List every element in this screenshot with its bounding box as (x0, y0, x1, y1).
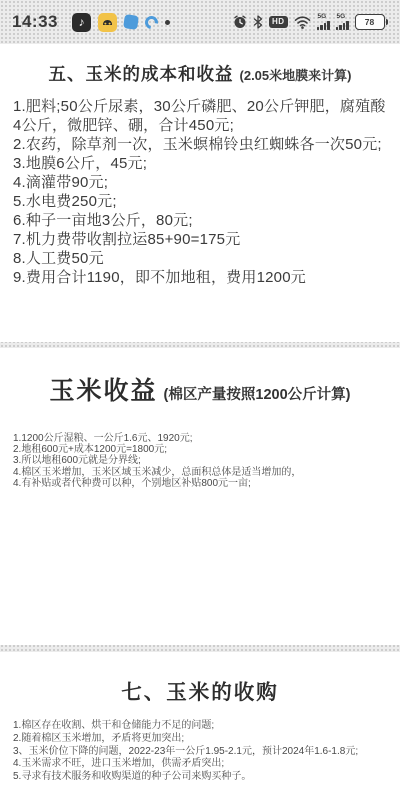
slide-card-cost-and-revenue[interactable]: 五、玉米的成本和收益 (2.05米地膜来计算) 1.肥料;50公斤尿素，30公斤… (0, 44, 400, 342)
list-item: 3.所以地租600元就是分界线; (13, 455, 387, 466)
card1-subtitle: (2.05米地膜来计算) (240, 65, 352, 84)
card3-item-list: 1.棉区存在收割、烘干和仓储能力不足的问题; 2.随着棉区玉米增加，矛盾将更加突… (0, 720, 400, 784)
alarm-clock-icon (233, 15, 247, 29)
blue-app-icon (123, 14, 139, 30)
system-status-icons: HD 5G 5G 78 (233, 14, 388, 31)
slide-card-corn-purchase[interactable]: 七、玉米的收购 1.棉区存在收割、烘干和仓储能力不足的问题; 2.随着棉区玉米增… (0, 652, 400, 804)
battery-percent: 78 (365, 17, 374, 27)
card2-title: 玉米收益 (50, 371, 158, 407)
list-item: 7.机力费带收割拉运85+90=175元 (13, 230, 387, 249)
car-app-icon (98, 13, 117, 32)
card2-item-list: 1.1200公斤湿粮、一公斤1.6元、1920元; 2.地租600元+成本120… (0, 433, 400, 489)
bluetooth-icon (253, 15, 263, 29)
list-item: 1.肥料;50公斤尿素，30公斤磷肥、20公斤钾肥，腐殖酸4公斤，微肥锌、硼，合… (13, 97, 387, 135)
list-item: 5.水电费250元; (13, 192, 387, 211)
slide-card-corn-revenue[interactable]: 玉米收益 (棉区产量按照1200公斤计算) 1.1200公斤湿粮、一公斤1.6元… (0, 348, 400, 645)
list-item: 3、玉米价位下降的问题，2022-23年一公斤1.95-2.1元，预计2024年… (13, 746, 387, 759)
list-item: 2.农药，除草剂一次，玉米螟棉铃虫红蜘蛛各一次50元; (13, 135, 387, 154)
card3-title-row: 七、玉米的收购 (0, 675, 400, 705)
card1-item-list: 1.肥料;50公斤尿素，30公斤磷肥、20公斤钾肥，腐殖酸4公斤，微肥锌、硼，合… (0, 97, 400, 287)
signal-bars-icon-sim1: 5G (317, 14, 330, 31)
list-item: 9.费用合计1190，即不加地租，费用1200元 (13, 268, 387, 287)
list-item: 2.随着棉区玉米增加，矛盾将更加突出; (13, 733, 387, 746)
list-item: 4.棉区玉米增加，玉米区域玉米减少，总面积总体是适当增加的， (13, 467, 387, 478)
status-bar: 14:33 ♪ (0, 0, 400, 44)
wifi-icon (294, 16, 311, 29)
volte-hd-icon: HD (269, 16, 288, 28)
card1-title: 五、玉米的成本和收益 (49, 61, 234, 86)
list-item: 2.地租600元+成本1200元=1800元; (13, 444, 387, 455)
list-item: 8.人工费50元 (13, 249, 387, 268)
list-item: 5.寻求有技术服务和收购渠道的种子公司来购买种子。 (13, 771, 387, 784)
list-item: 4.有补贴或者代种费可以种，个别地区补贴800元一亩; (13, 478, 387, 489)
list-item: 1.1200公斤湿粮、一公斤1.6元、1920元; (13, 433, 387, 444)
card2-subtitle: (棉区产量按照1200公斤计算) (164, 383, 351, 404)
arc-app-icon (142, 13, 160, 31)
phone-screen: 14:33 ♪ (0, 0, 400, 804)
list-item: 1.棉区存在收割、烘干和仓储能力不足的问题; (13, 720, 387, 733)
tiktok-icon: ♪ (72, 13, 91, 32)
notification-icons: ♪ (72, 13, 170, 32)
clock-time: 14:33 (12, 12, 58, 32)
signal-bars-icon-sim2: 5G (336, 14, 349, 31)
list-item: 6.种子一亩地3公斤，80元; (13, 211, 387, 230)
card1-title-row: 五、玉米的成本和收益 (2.05米地膜来计算) (0, 61, 400, 86)
list-item: 4.滴灌带90元; (13, 173, 387, 192)
list-item: 3.地膜6公斤，45元; (13, 154, 387, 173)
card2-title-row: 玉米收益 (棉区产量按照1200公斤计算) (0, 371, 400, 407)
notification-dot (165, 20, 170, 25)
card3-title: 七、玉米的收购 (121, 675, 279, 705)
list-item: 4.玉米需求不旺，进口玉米增加，供需矛盾突出; (13, 758, 387, 771)
battery-icon: 78 (355, 14, 389, 30)
